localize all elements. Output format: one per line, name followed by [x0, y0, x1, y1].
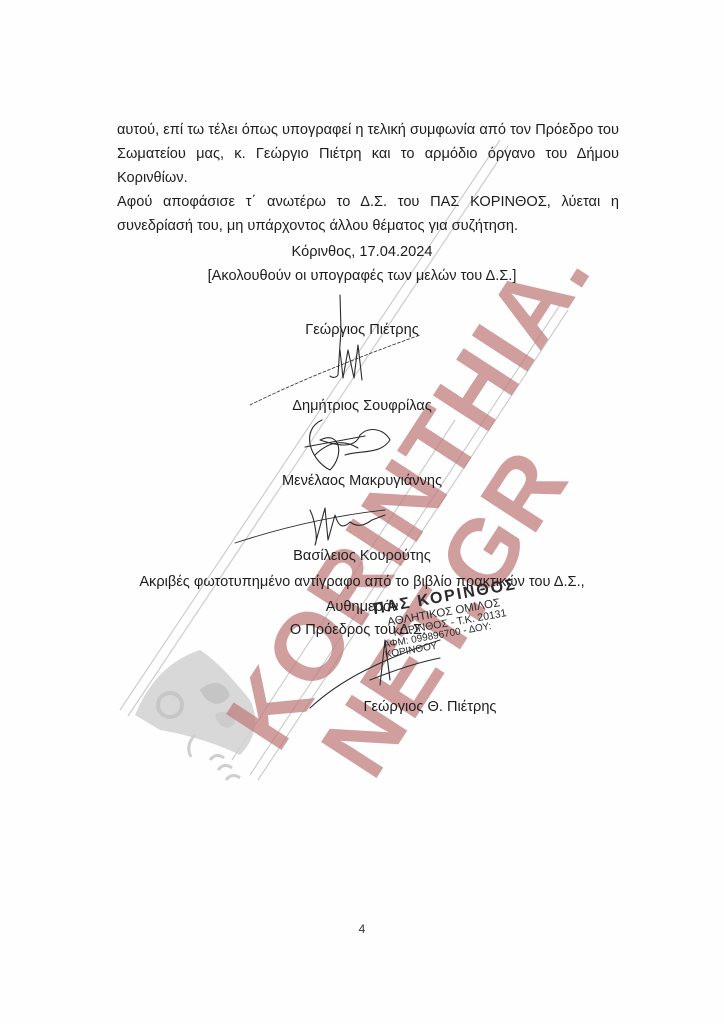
signatory-name: Μενέλαος Μακρυγιάννης	[0, 471, 724, 491]
place-date: Κόρινθος, 17.04.2024	[0, 242, 724, 262]
text-line: Κορινθίων.	[117, 166, 619, 190]
paragraph-closing: Αφού αποφάσισε τ΄ ανωτέρω το Δ.Σ. του ΠΑ…	[117, 190, 619, 238]
text-line: αυτού, επί τω τέλει όπως υπογραφεί η τελ…	[117, 118, 619, 142]
text-line: Αφού αποφάσισε τ΄ ανωτέρω το Δ.Σ. του ΠΑ…	[117, 190, 619, 214]
signatures-note: [Ακολουθούν οι υπογραφές των μελών του Δ…	[0, 266, 724, 286]
document-page: KORINTHIA. NET.GR αυτού, επί τω τέλει όπ…	[0, 0, 724, 1024]
paragraph-agreement: αυτού, επί τω τέλει όπως υπογραφεί η τελ…	[117, 118, 619, 190]
text-line: συνεδρίασή του, μη υπάρχοντος άλλου θέμα…	[117, 214, 619, 238]
signatory-name: Γεώργιος Πιέτρης	[0, 320, 724, 340]
signatory-name: Βασίλειος Κουρούτης	[0, 546, 724, 566]
watermark-line-1: KORINTHIA.	[205, 222, 613, 768]
text-line: Σωματείου μας, κ. Γεώργιο Πιέτρη και το …	[117, 142, 619, 166]
president-name: Γεώργιος Θ. Πιέτρης	[68, 697, 724, 717]
certification-line: Ακριβές φωτοτυπημένο αντίγραφο από το βι…	[0, 572, 724, 592]
president-title: Ο Πρόεδρος του Δ.Σ.	[0, 620, 720, 640]
page-number: 4	[0, 922, 724, 936]
signatory-name: Δημήτριος Σουφρίλας	[0, 396, 724, 416]
